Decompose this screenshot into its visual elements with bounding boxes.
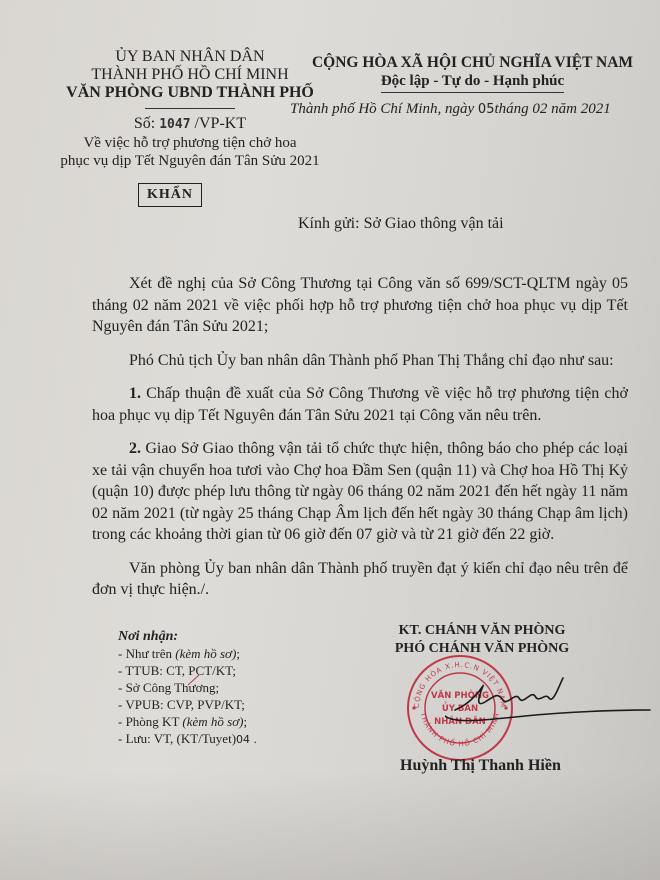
item-2-text: Giao Sở Giao thông vận tải tổ chức thực … [92,440,628,543]
handwritten-signature-icon [445,672,655,732]
item-2-number: 2. [129,440,141,457]
paragraph-reference: Xét đề nghị của Sở Công Thương tại Công … [92,273,628,338]
subject-line-1: Về việc hỗ trợ phương tiện chở hoa [40,134,340,152]
paragraph-closing: Văn phòng Ủy ban nhân dân Thành phố truy… [92,558,628,601]
date-suffix: tháng 02 năm 2021 [494,101,610,117]
number-label: Số: [134,115,155,132]
subject-line-2: phục vụ dịp Tết Nguyên đán Tân Sửu 2021 [40,152,340,170]
item-1-text: Chấp thuận đề xuất của Sở Công Thương về… [92,385,628,424]
red-pen-mark-icon [187,673,201,687]
national-motto: Độc lập - Tự do - Hạnh phúc [381,72,564,93]
distribution-list: Nơi nhận: - Như trên (kèm hồ sơ); - TTUB… [118,628,257,748]
item-1-number: 1. [129,385,141,402]
distribution-item: - Phòng KT (kèm hồ sơ); [118,713,257,730]
directive-item-2: 2. Giao Sở Giao thông vận tải tổ chức th… [92,438,628,546]
distribution-item: - VPUB: CVP, PVP/KT; [118,696,257,713]
document-page: ỦY BAN NHÂN DÂN THÀNH PHỐ HỒ CHÍ MINH VĂ… [0,0,660,880]
urgent-badge: KHẨN [138,183,202,207]
handwritten-count: 04 . [236,733,257,746]
distribution-title: Nơi nhận: [118,628,257,645]
number-handwritten: 1047 [159,117,190,132]
distribution-item: - Lưu: VT, (KT/Tuyet)04 . [118,730,257,748]
directive-item-1: 1. Chấp thuận đề xuất của Sở Công Thương… [92,383,628,426]
paragraph-directive: Phó Chủ tịch Ủy ban nhân dân Thành phố P… [92,350,628,372]
recipient-line: Kính gửi: Sở Giao thông vận tải [298,215,504,233]
header-divider [145,108,235,109]
document-body: Xét đề nghị của Sở Công Thương tại Công … [92,273,628,613]
distribution-item: - Như trên (kèm hồ sơ); [118,645,257,662]
signature-title-line-1: KT. CHÁNH VĂN PHÒNG [372,622,592,640]
date-prefix: Thành phố Hồ Chí Minh, ngày [290,101,478,117]
nation-title: CỘNG HÒA XÃ HỘI CHỦ NGHĨA VIỆT NAM [290,54,655,72]
national-header: CỘNG HÒA XÃ HỘI CHỦ NGHĨA VIỆT NAM Độc l… [290,54,655,93]
page-shadow [0,770,660,880]
date-day: 05 [478,102,495,117]
date-line: Thành phố Hồ Chí Minh, ngày 05tháng 02 n… [290,101,611,118]
number-suffix: /VP-KT [195,115,247,132]
